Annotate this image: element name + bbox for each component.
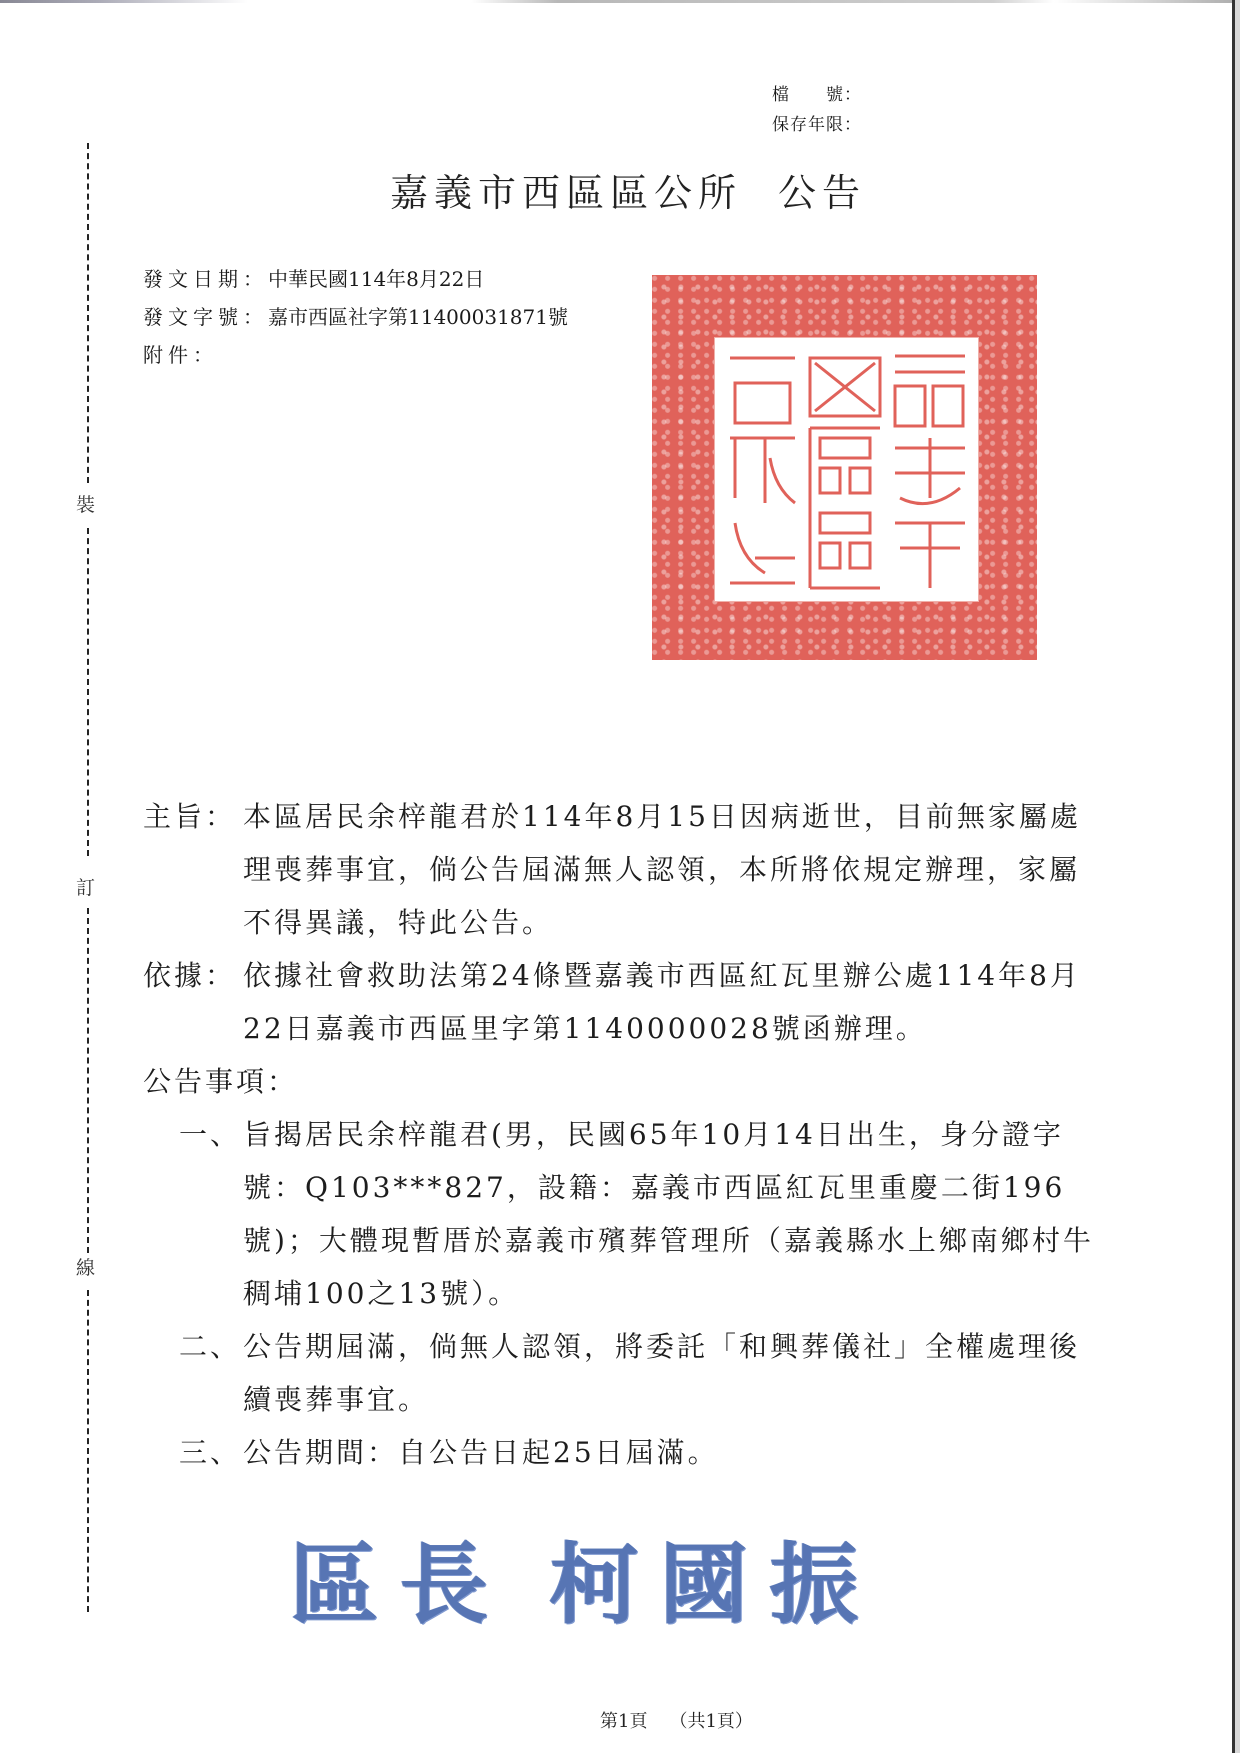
subject-text: 本區居民余梓龍君於114年8月15日因病逝世，目前無家屬處理喪葬事宜，倘公告屆滿… xyxy=(243,790,1103,949)
page-total: （共1頁） xyxy=(669,1711,752,1732)
doc-type: 公告 xyxy=(778,171,866,215)
file-number-label: 檔 號： xyxy=(772,80,862,110)
binding-dash-line xyxy=(87,528,89,856)
retention-label: 保存年限： xyxy=(772,110,862,140)
issue-date-label: 發文日期： xyxy=(143,267,268,291)
item-number: 二、 xyxy=(179,1320,241,1373)
official-seal xyxy=(652,275,1037,660)
item-text: 公告期屆滿，倘無人認領，將委託「和興葬儀社」全權處理後續喪葬事宜。 xyxy=(243,1320,1103,1426)
announcement-item: 一、 旨揭居民余梓龍君(男，民國65年10月14日出生，身分證字號：Q103**… xyxy=(179,1108,1103,1320)
basis-text: 依據社會救助法第24條暨嘉義市西區紅瓦里辦公處114年8月22日嘉義市西區里字第… xyxy=(243,949,1103,1055)
basis-section: 依據： 依據社會救助法第24條暨嘉義市西區紅瓦里辦公處114年8月22日嘉義市西… xyxy=(143,949,1103,1055)
page-footer: 第1頁（共1頁） xyxy=(600,1707,753,1733)
doc-number-label: 發文字號： xyxy=(143,305,268,329)
basis-label: 依據： xyxy=(143,949,236,1002)
seal-inner xyxy=(714,337,979,602)
attachment-label: 附件： xyxy=(143,343,218,367)
binding-label-xian: 線 xyxy=(76,1253,95,1280)
announcement-item: 三、 公告期間：自公告日起25日屆滿。 xyxy=(179,1426,1103,1479)
doc-number-value: 嘉市西區社字第11400031871號 xyxy=(268,305,568,329)
seal-glyphs-icon xyxy=(715,338,978,601)
binding-dash-line xyxy=(87,143,89,483)
subject-label: 主旨： xyxy=(143,790,236,843)
agency-name: 嘉義市西區區公所 xyxy=(390,171,742,215)
page-title: 嘉義市西區區公所公告 xyxy=(390,162,866,217)
binding-dash-line xyxy=(87,1290,89,1612)
attachment-row: 附件： xyxy=(143,336,568,374)
scan-top-edge xyxy=(0,0,1240,3)
item-text: 旨揭居民余梓龍君(男，民國65年10月14日出生，身分證字號：Q103***82… xyxy=(243,1108,1103,1320)
document-meta: 發文日期：中華民國114年8月22日 發文字號：嘉市西區社字第114000318… xyxy=(143,260,568,374)
item-number: 一、 xyxy=(179,1108,241,1161)
announcement-item: 二、 公告期屆滿，倘無人認領，將委託「和興葬儀社」全權處理後續喪葬事宜。 xyxy=(179,1320,1103,1426)
binding-dash-line xyxy=(87,908,89,1253)
item-number: 三、 xyxy=(179,1426,241,1479)
binding-label-zhuang: 裝 xyxy=(76,490,95,517)
signature-title: 區長 xyxy=(290,1532,510,1636)
scan-right-shadow xyxy=(1235,0,1240,1753)
issue-date-value: 中華民國114年8月22日 xyxy=(268,267,484,291)
item-text: 公告期間：自公告日起25日屆滿。 xyxy=(243,1426,1103,1479)
page-number: 第1頁 xyxy=(600,1711,647,1732)
subject-section: 主旨： 本區居民余梓龍君於114年8月15日因病逝世，目前無家屬處理喪葬事宜，倘… xyxy=(143,790,1103,949)
doc-number-row: 發文字號：嘉市西區社字第11400031871號 xyxy=(143,298,568,336)
filing-info: 檔 號： 保存年限： xyxy=(772,80,862,140)
issue-date-row: 發文日期：中華民國114年8月22日 xyxy=(143,260,568,298)
binding-label-ding: 訂 xyxy=(76,873,95,900)
document-body: 主旨： 本區居民余梓龍君於114年8月15日因病逝世，目前無家屬處理喪葬事宜，倘… xyxy=(143,790,1103,1479)
announcement-items: 一、 旨揭居民余梓龍君(男，民國65年10月14日出生，身分證字號：Q103**… xyxy=(179,1108,1103,1479)
signature-name: 柯國振 xyxy=(550,1532,880,1636)
announcement-label: 公告事項： xyxy=(143,1055,1103,1108)
signature-stamp: 區長柯國振 xyxy=(290,1515,880,1641)
